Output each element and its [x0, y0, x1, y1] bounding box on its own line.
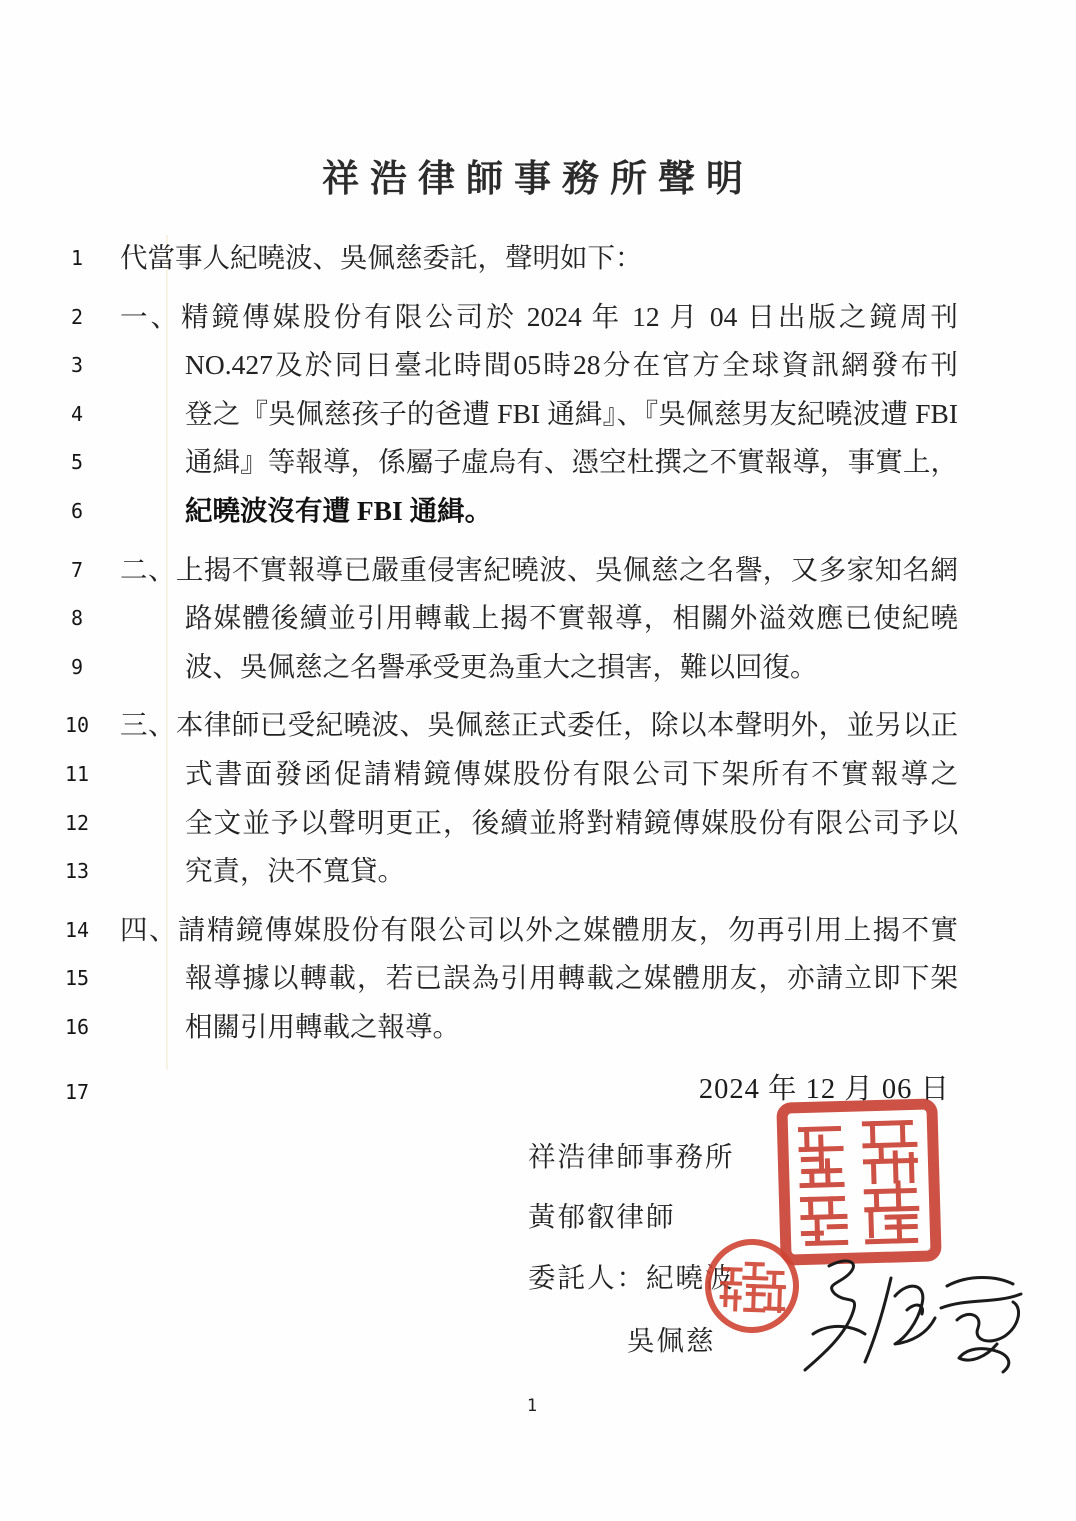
- statement-line: 3NO.427及於同日臺北時間05時28分在官方全球資訊網發布刊: [0, 347, 1076, 396]
- statement-line: 5通緝』等報導，係屬子虛烏有、憑空杜撰之不實報導，事實上，: [0, 444, 1076, 493]
- line-text: NO.427及於同日臺北時間05時28分在官方全球資訊網發布刊: [185, 347, 958, 383]
- statement-line: 4登之『吳佩慈孩子的爸遭 FBI 通緝』、『吳佩慈男友紀曉波遭 FBI: [0, 396, 1076, 445]
- line-number: 6: [56, 493, 98, 529]
- line-number: 15: [56, 960, 98, 996]
- line-number: 1: [56, 240, 98, 276]
- client-round-seal-icon: [700, 1234, 803, 1337]
- document-page: 祥浩律師事務所聲明 1代當事人紀曉波、吳佩慈委託，聲明如下：2一、精鏡傳媒股份有…: [0, 0, 1076, 1521]
- line-text: 四、請精鏡傳媒股份有限公司以外之媒體朋友，勿再引用上揭不實: [120, 912, 958, 948]
- statement-line: 1代當事人紀曉波、吳佩慈委託，聲明如下：: [0, 240, 1076, 289]
- line-text: 相關引用轉載之報導。: [185, 1009, 958, 1045]
- line-number: 12: [56, 805, 98, 841]
- line-number: 7: [56, 552, 98, 588]
- line-text: 報導據以轉載，若已誤為引用轉載之媒體朋友，亦請立即下架: [185, 960, 958, 996]
- line-text: 全文並予以聲明更正，後續並將對精鏡傳媒股份有限公司予以: [185, 805, 958, 841]
- line-text: 三、本律師已受紀曉波、吳佩慈正式委任，除以本聲明外，並另以正: [120, 707, 958, 743]
- statement-line: 7二、上揭不實報導已嚴重侵害紀曉波、吳佩慈之名譽，又多家知名網: [0, 552, 1076, 601]
- line-text: 路媒體後續並引用轉載上揭不實報導，相關外溢效應已使紀曉: [185, 600, 958, 636]
- lawyer-name: 黃郁叡律師: [528, 1194, 676, 1234]
- line-number: 10: [56, 707, 98, 743]
- statement-line: 15報導據以轉載，若已誤為引用轉載之媒體朋友，亦請立即下架: [0, 960, 1076, 1009]
- line-number: 2: [56, 299, 98, 335]
- line-number: 16: [56, 1009, 98, 1045]
- line-text: 登之『吳佩慈孩子的爸遭 FBI 通緝』、『吳佩慈男友紀曉波遭 FBI: [185, 396, 958, 432]
- line-text: 波、吳佩慈之名譽承受更為重大之損害，難以回復。: [185, 649, 958, 685]
- statement-line: 16相關引用轉載之報導。: [0, 1009, 1076, 1058]
- line-number: 3: [56, 347, 98, 383]
- line-text: 式書面發函促請精鏡傳媒股份有限公司下架所有不實報導之: [185, 756, 958, 792]
- line-text: 究責，決不寬貸。: [185, 853, 958, 889]
- statement-body: 1代當事人紀曉波、吳佩慈委託，聲明如下：2一、精鏡傳媒股份有限公司於 2024 …: [0, 240, 1076, 1058]
- statement-line: 10三、本律師已受紀曉波、吳佩慈正式委任，除以本聲明外，並另以正: [0, 707, 1076, 756]
- statement-line: 9波、吳佩慈之名譽承受更為重大之損害，難以回復。: [0, 649, 1076, 698]
- statement-line: 8路媒體後續並引用轉載上揭不實報導，相關外溢效應已使紀曉: [0, 600, 1076, 649]
- line-number: 13: [56, 853, 98, 889]
- line-number: 14: [56, 912, 98, 948]
- line-text: 二、上揭不實報導已嚴重侵害紀曉波、吳佩慈之名譽，又多家知名網: [120, 552, 958, 588]
- line-text: 通緝』等報導，係屬子虛烏有、憑空杜撰之不實報導，事實上，: [185, 444, 958, 480]
- statement-line: 13究責，決不寬貸。: [0, 853, 1076, 902]
- statement-line: 11式書面發函促請精鏡傳媒股份有限公司下架所有不實報導之: [0, 756, 1076, 805]
- statement-line: 12全文並予以聲明更正，後續並將對精鏡傳媒股份有限公司予以: [0, 805, 1076, 854]
- handwritten-signature: [795, 1248, 1030, 1380]
- document-title: 祥浩律師事務所聲明: [0, 148, 1076, 202]
- statement-line: 14四、請精鏡傳媒股份有限公司以外之媒體朋友，勿再引用上揭不實: [0, 912, 1076, 961]
- line-number: 5: [56, 444, 98, 480]
- statement-line: 2一、精鏡傳媒股份有限公司於 2024 年 12 月 04 日出版之鏡周刊: [0, 299, 1076, 348]
- line-number: 8: [56, 600, 98, 636]
- line-text: 代當事人紀曉波、吳佩慈委託，聲明如下：: [120, 240, 958, 276]
- firm-name: 祥浩律師事務所: [528, 1134, 735, 1174]
- line-number: 17: [56, 1072, 98, 1112]
- line-text: 紀曉波沒有遭 FBI 通緝。: [185, 493, 958, 529]
- line-number: 4: [56, 396, 98, 432]
- line-number: 11: [56, 756, 98, 792]
- page-number: 1: [512, 1396, 552, 1416]
- statement-line: 6紀曉波沒有遭 FBI 通緝。: [0, 493, 1076, 542]
- line-text: 一、精鏡傳媒股份有限公司於 2024 年 12 月 04 日出版之鏡周刊: [120, 299, 958, 335]
- line-number: 9: [56, 649, 98, 685]
